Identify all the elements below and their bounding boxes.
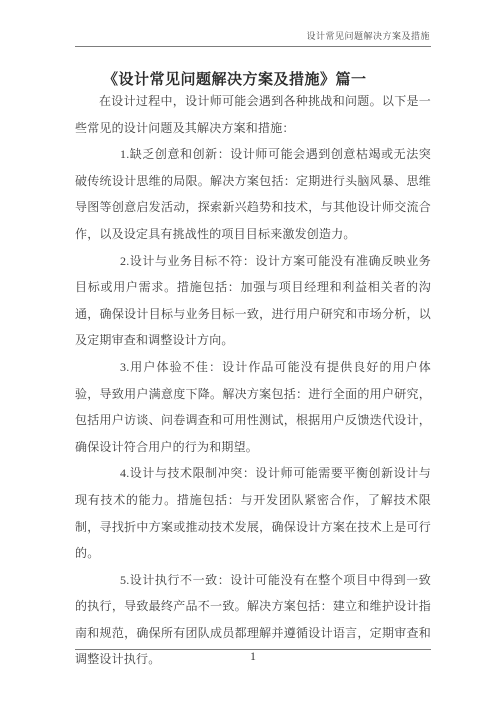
- page-number: 1: [75, 651, 431, 663]
- paragraph-item-1: 1.缺乏创意和创新：设计师可能会遇到创意枯竭或无法突破传统设计思维的局限。解决方…: [75, 141, 431, 247]
- document-page: 设计常见问题解决方案及措施 《设计常见问题解决方案及措施》篇一 在设计过程中，设…: [0, 0, 500, 707]
- paragraph-item-3: 3.用户体验不佳：设计作品可能没有提供良好的用户体验，导致用户满意度下降。解决方…: [75, 354, 431, 460]
- running-header-text: 设计常见问题解决方案及措施: [306, 29, 430, 42]
- paragraph-intro: 在设计过程中，设计师可能会遇到各种挑战和问题。以下是一些常见的设计问题及其解决方…: [75, 88, 431, 141]
- paragraph-item-2: 2.设计与业务目标不符：设计方案可能没有准确反映业务目标或用户需求。措施包括：加…: [75, 248, 431, 354]
- header-rule: [75, 46, 431, 47]
- document-body: 在设计过程中，设计师可能会遇到各种挑战和问题。以下是一些常见的设计问题及其解决方…: [75, 88, 431, 673]
- paragraph-item-4: 4.设计与技术限制冲突：设计师可能需要平衡创新设计与现有技术的能力。措施包括：与…: [75, 460, 431, 566]
- footer-rule: [75, 649, 431, 650]
- document-title: 《设计常见问题解决方案及措施》篇一: [103, 68, 367, 89]
